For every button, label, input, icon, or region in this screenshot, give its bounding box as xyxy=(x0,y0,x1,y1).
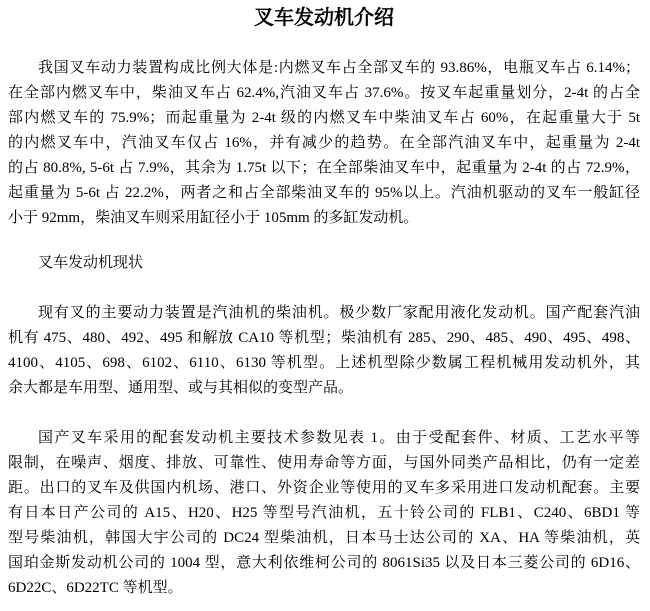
text-line: 距。出口的叉车及供国内机场、港口、外资企业等使用的叉车多采用进口发动机配套。主要 xyxy=(8,476,640,501)
text-line: 国珀金斯发动机公司的 1004 型，意大利依维柯公司的 8061Si35 以及日… xyxy=(8,551,640,576)
text-line: 有日本日产公司的 A15、H20、H25 等型号汽油机，五十铃公司的 FLB1、… xyxy=(8,501,640,526)
text-line: 小于 92mm，柴油叉车则采用缸径小于 105mm 的多缸发动机。 xyxy=(8,206,640,231)
text-line: 现有叉的主要动力装置是汽油机的柴油机。极少数厂家配用液化发动机。国产配套汽油 xyxy=(8,301,640,326)
text-line: 在全部内燃叉车中，柴油叉车占 62.4%,汽油叉车占 37.6%。按叉车起重量划… xyxy=(8,81,640,106)
text-line: 起重量为 5-6t 占 22.2%，两者之和占全部柴油叉车的 95%以上。汽油机… xyxy=(8,181,640,206)
text-line: 6D22C、6D22TC 等机型。 xyxy=(8,576,640,601)
section-heading-block: 叉车发动机现状 xyxy=(8,251,640,276)
paragraph-current-status: 现有叉的主要动力装置是汽油机的柴油机。极少数厂家配用液化发动机。国产配套汽油 机… xyxy=(8,301,640,401)
section-heading: 叉车发动机现状 xyxy=(8,251,640,276)
document-title: 叉车发动机介绍 xyxy=(8,5,640,31)
text-line: 国产叉车采用的配套发动机主要技术参数见表 1。由于受配套件、材质、工艺水平等 xyxy=(8,426,640,451)
text-line: 我国叉车动力装置构成比例大体是:内燃叉车占全部叉车的 93.86%，电瓶叉车占 … xyxy=(8,56,640,81)
paragraph-engine-models: 国产叉车采用的配套发动机主要技术参数见表 1。由于受配套件、材质、工艺水平等 限… xyxy=(8,426,640,601)
text-line: 4100、4105、698、6102、6110、6130 等机型。上述机型除少数… xyxy=(8,351,640,376)
text-line: 限制，在噪声、烟度、排放、可靠性、使用寿命等方面，与国外同类产品相比，仍有一定差 xyxy=(8,451,640,476)
paragraph-power-composition: 我国叉车动力装置构成比例大体是:内燃叉车占全部叉车的 93.86%，电瓶叉车占 … xyxy=(8,56,640,231)
text-line: 机有 475、480、492、495 和解放 CA10 等机型；柴油机有 285… xyxy=(8,326,640,351)
document-page: 叉车发动机介绍 我国叉车动力装置构成比例大体是:内燃叉车占全部叉车的 93.86… xyxy=(0,5,650,611)
text-line: 的内燃叉车中，汽油叉车仅占 16%，并有减少的趋势。在全部汽油叉车中，起重量为 … xyxy=(8,131,640,156)
text-line: 部内燃叉车的 75.9%；而起重量为 2-4t 级的内燃叉车中柴油叉车占 60%… xyxy=(8,106,640,131)
text-line: 型号柴油机，韩国大宇公司的 DC24 型柴油机，日本马士达公司的 XA、HA 等… xyxy=(8,526,640,551)
text-line: 的占 80.8%, 5-6t 占 7.9%，其余为 1.75t 以下；在全部柴油… xyxy=(8,156,640,181)
text-line: 余大都是车用型、通用型、或与其相似的变型产品。 xyxy=(8,376,640,401)
